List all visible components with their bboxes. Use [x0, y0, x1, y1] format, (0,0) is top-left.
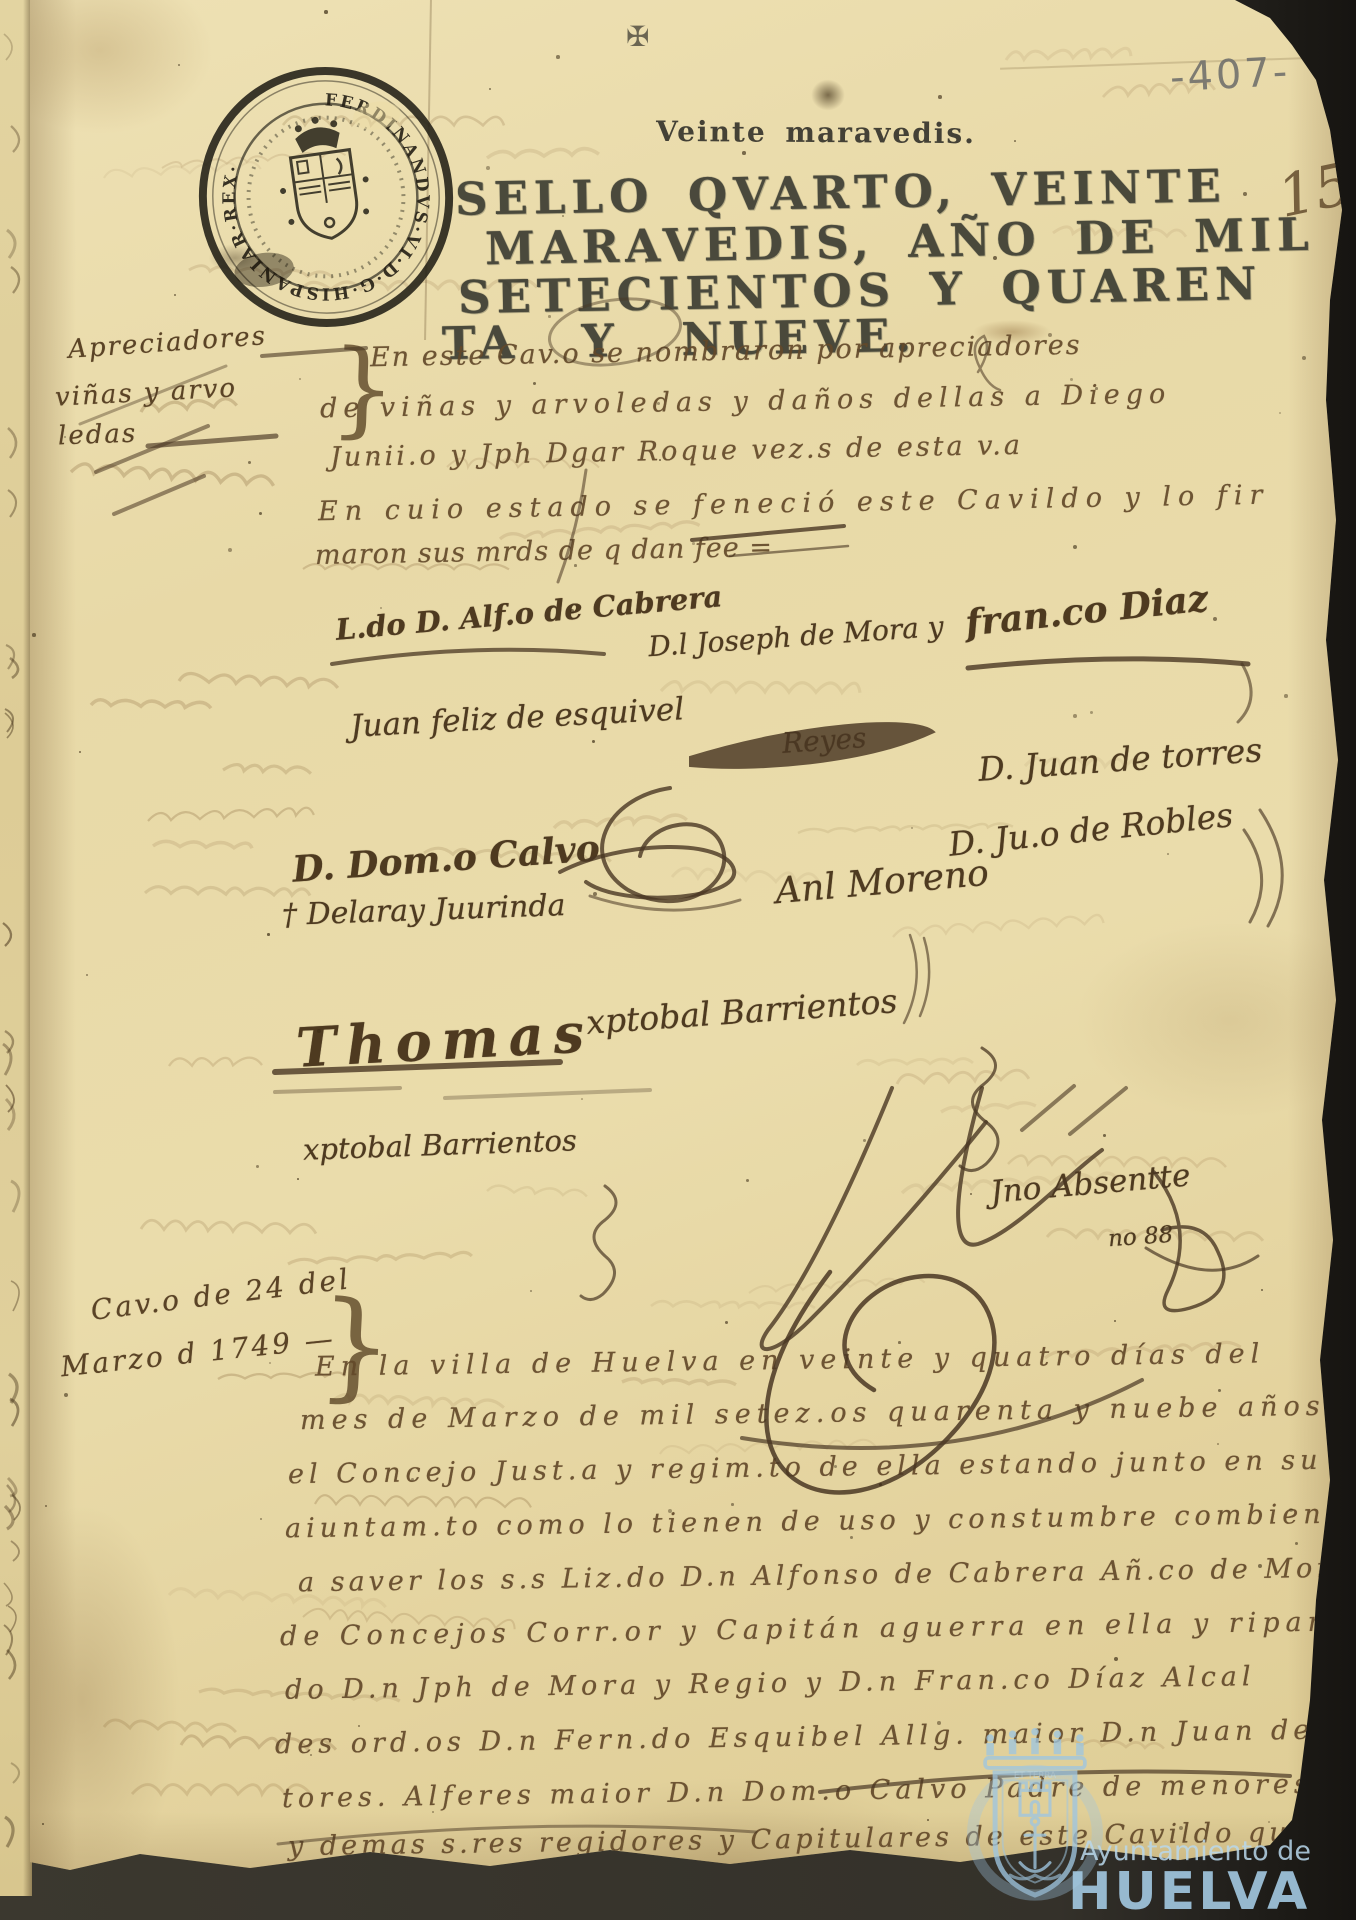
paper-speck — [1302, 356, 1306, 360]
paper-speck — [45, 1505, 47, 1507]
paper-speck — [556, 55, 560, 59]
paper-speck — [592, 740, 595, 743]
manuscript-line: Junii.o y Jph Dgar Roque vez.s de esta v… — [330, 430, 1023, 473]
printed-fee-header: Veinte maravedis. — [656, 115, 976, 150]
signature: D. Ju.o de Robles — [947, 795, 1235, 864]
signature: D. Juan de torres — [977, 730, 1263, 789]
paper-speck — [1243, 192, 1247, 196]
paper-speck — [1198, 249, 1201, 252]
fee-numeral: 15 — [1272, 149, 1356, 231]
paper-speck — [299, 378, 301, 380]
paper-speck — [581, 1098, 583, 1100]
paper-speck — [548, 315, 551, 318]
margin-note-cabildo-date: Marzo d 1749 — — [59, 1322, 337, 1384]
paper-speck — [1218, 1389, 1221, 1392]
paper-speck — [911, 827, 913, 829]
paper-speck — [317, 1029, 321, 1033]
paper-speck — [324, 10, 328, 14]
manuscript-line: de Concejos Corr.or y Capitán aguerra en… — [280, 1607, 1327, 1653]
paper-speck — [1261, 1289, 1263, 1291]
paper-speck — [850, 1536, 853, 1539]
paper-speck — [1217, 1443, 1219, 1445]
signature: Reyes — [781, 721, 868, 760]
margin-note-apreciadores: Apreciadores — [67, 321, 268, 365]
page-number: -407- — [1169, 49, 1291, 101]
paper-speck — [692, 542, 695, 545]
signature: D. Dom.o Calvo — [291, 827, 601, 890]
paper-speck — [32, 633, 36, 637]
signature: Thomas — [295, 1000, 596, 1080]
paper-speck — [486, 166, 490, 170]
paper-speck — [297, 1178, 299, 1180]
paper-speck — [1073, 714, 1077, 718]
manuscript-line: En la villa de Huelva en veinte y quatro… — [315, 1338, 1266, 1382]
paper-speck — [993, 256, 997, 260]
paper-speck — [174, 294, 176, 296]
paper-speck — [863, 1139, 866, 1142]
paper-speck — [248, 461, 251, 464]
paper-speck — [898, 1341, 901, 1344]
paper-speck — [1014, 140, 1016, 142]
paper-speck — [593, 892, 597, 896]
manuscript-line: tores. Alferes maior D.n Dom.o Calvo Pad… — [282, 1769, 1313, 1814]
paper-speck — [937, 1721, 941, 1725]
paper-speck — [259, 512, 262, 515]
paper-speck — [530, 1290, 532, 1292]
paper-speck — [879, 1483, 882, 1486]
paper-speck — [1114, 1320, 1116, 1322]
paper-speck — [1284, 694, 1288, 698]
royal-seal-stamp: FERDINANDVS·VI·D·G·HISPANIAR·REX· — [173, 48, 479, 345]
manuscript-line: En cuio estado se feneció este Cavildo y… — [318, 480, 1270, 528]
manuscript-line: mes de Marzo de mil setez.os quarenta y … — [300, 1391, 1326, 1436]
top-ornament-icon: ✠ — [626, 20, 649, 53]
manuscript-page: FERDINANDVS·VI·D·G·HISPANIAR·REX· ✠ Vein… — [30, 0, 1352, 1892]
signature: fran.co Diaz — [963, 577, 1210, 644]
paper-speck — [742, 151, 746, 155]
crest-motto-fragment: ET TERRA — [1014, 1771, 1056, 1781]
paper-speck — [170, 338, 172, 340]
signature: no 88 — [1107, 1222, 1174, 1252]
paper-speck — [310, 1754, 312, 1756]
paper-speck — [645, 261, 647, 263]
manuscript-line: de viñas y arvoledas y daños dellas a Di… — [320, 379, 1172, 425]
paper-speck — [1167, 853, 1169, 855]
paper-speck — [260, 1518, 262, 1520]
paper-speck — [86, 974, 88, 976]
paper-speck — [1073, 545, 1077, 549]
paper-speck — [731, 1503, 734, 1506]
margin-note-cabildo-date: Cav.o de 24 del — [89, 1262, 353, 1327]
paper-speck — [1295, 1542, 1298, 1545]
manuscript-line: do D.n Jph de Mora y Regio y D.n Fran.co… — [285, 1661, 1256, 1706]
paper-speck — [938, 95, 942, 99]
paper-speck — [411, 1478, 414, 1481]
paper-speck — [668, 1509, 672, 1513]
signature: Anl Moreno — [774, 853, 991, 913]
signature: Jno Absentte — [989, 1157, 1192, 1210]
paper-speck — [746, 1179, 749, 1182]
previous-page-edge — [0, 0, 32, 1896]
scan-background: { "document": { "page_number": "-407-", … — [0, 0, 1356, 1920]
paper-speck — [1114, 1657, 1118, 1661]
paper-speck — [267, 933, 270, 936]
paper-speck — [1213, 617, 1217, 621]
paper-speck — [256, 1165, 259, 1168]
paper-speck — [725, 1321, 728, 1324]
paper-speck — [533, 382, 536, 385]
paper-speck — [178, 64, 180, 66]
paper-speck — [1103, 1134, 1106, 1137]
previous-page-ink-fragments — [0, 0, 32, 1896]
paper-speck — [489, 88, 491, 90]
paper-speck — [358, 1725, 360, 1727]
manuscript-line: el Concejo Just.a y regim.to de ella est… — [288, 1445, 1323, 1490]
paper-speck — [228, 548, 232, 552]
paper-speck — [659, 459, 661, 461]
margin-brace: } — [315, 1284, 396, 1406]
seal-coat-of-arms-icon — [271, 111, 375, 244]
paper-speck — [79, 751, 81, 753]
paper-speck — [1279, 412, 1281, 414]
signature: Juan feliz de esquivel — [349, 691, 685, 744]
signature: D.l Joseph de Mora y — [647, 610, 944, 664]
paper-speck — [1095, 387, 1098, 390]
paper-speck — [1090, 711, 1093, 714]
signature: † Delaray Juurinda — [281, 888, 566, 933]
paper-speck — [970, 1193, 972, 1195]
paper-speck — [64, 1393, 68, 1397]
manuscript-line: aiuntam.to como lo tienen de uso y const… — [285, 1499, 1347, 1545]
paper-speck — [42, 1823, 44, 1825]
paper-speck — [269, 1362, 271, 1364]
paper-speck — [927, 1819, 929, 1821]
manuscript-line: maron sus mrds de q dan fee = — [315, 532, 773, 571]
manuscript-line: des ord.os D.n Fern.do Esquibel Allg. ma… — [275, 1715, 1315, 1761]
margin-note-apreciadores: ledas — [58, 419, 138, 452]
margin-note-apreciadores: viñas y arvo — [54, 373, 237, 412]
signature: xptobal Barrientos — [585, 981, 899, 1042]
paper-speck — [1135, 406, 1138, 409]
paper-speck — [570, 609, 574, 613]
signature: xptobal Barrientos — [302, 1123, 577, 1167]
paper-speck — [574, 564, 577, 567]
watermark-text: HUELVA — [1068, 1862, 1310, 1920]
paper-speck — [64, 436, 66, 438]
manuscript-line: a saver los s.s Liz.do D.n Alfonso de Ca… — [298, 1553, 1354, 1599]
